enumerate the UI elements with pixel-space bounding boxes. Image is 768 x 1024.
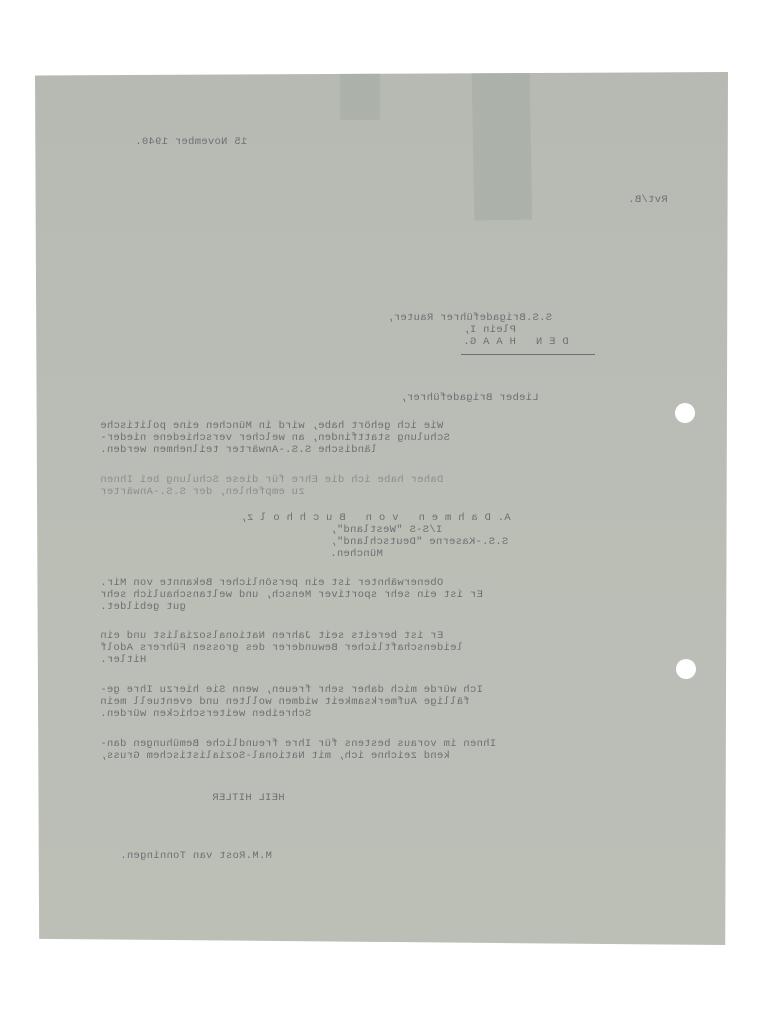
closing: HEIL HITLER: [212, 792, 285, 804]
recipient-line-3: D E N H A A G.: [463, 336, 569, 348]
paragraph-4-line: Er ist bereits seit Jahren Nationalsozia…: [100, 630, 443, 642]
paragraph-2-line: Daher habe ich die Ehre für diese Schulu…: [100, 474, 443, 486]
underline-rule: [461, 354, 595, 355]
paragraph-3-line: gut gebildet.: [100, 601, 186, 613]
paragraph-6-line: kend zeichne ich, mit National-Sozialist…: [100, 750, 450, 762]
paragraph-5-line: Schreiben weiterschicken würden.: [100, 708, 311, 720]
punch-hole: [675, 403, 695, 423]
paragraph-6-line: Ihnen im voraus bestens für Ihre freundl…: [100, 738, 496, 750]
paragraph-5-line: Ich würde mich daher sehr freuen, wenn S…: [100, 684, 483, 696]
paragraph-4-line: Hitler.: [100, 654, 146, 666]
paragraph-1-line: ländische S.S.-Anwärter teilnehmen werde…: [100, 444, 377, 456]
salutation: Lieber Brigadeführer,: [400, 392, 539, 404]
paragraph-1-line: Wie ich gehört habe, wird in München ein…: [100, 420, 443, 432]
paragraph-1-line: Schulung stattfinden, an welcher verschi…: [100, 432, 450, 444]
signature: M.M.Rost van Tonningen.: [120, 850, 272, 862]
recipient-line-1: S.S.Brigadeführer Rauter,: [387, 312, 552, 324]
recipient-line-2: Plein I,: [463, 324, 516, 336]
letter-date: 15 November 1940.: [135, 136, 247, 148]
adhesive-tape-residue: [340, 72, 380, 120]
paragraph-3-line: Er ist ein sehr sportiver Mensch, und we…: [100, 589, 483, 601]
letter-paper: 15 November 1940. Rvt/B. S.S.Brigadeführ…: [35, 72, 728, 945]
paragraph-2-line: zu empfehlen, der S.S.-Anwärter: [100, 486, 305, 498]
candidate-city: München.: [330, 548, 383, 560]
adhesive-tape-residue: [472, 72, 533, 221]
candidate-unit: I/S-S "Westland",: [330, 524, 442, 536]
paragraph-4-line: leidenschaftlicher Bewunderer des grosse…: [100, 642, 463, 654]
paragraph-3-line: Obenerwähnter ist ein persönlicher Bekan…: [100, 577, 443, 589]
candidate-name: A. D a h m e n v o n B u c h h o l z,: [240, 512, 511, 524]
punch-hole: [676, 659, 696, 679]
reference-code: Rvt/B.: [628, 194, 668, 206]
paragraph-5-line: fällige Aufmerksamkeit widmen wollten un…: [100, 696, 470, 708]
candidate-barracks: S.S.-Kaserne "Deutschland",: [330, 536, 508, 548]
